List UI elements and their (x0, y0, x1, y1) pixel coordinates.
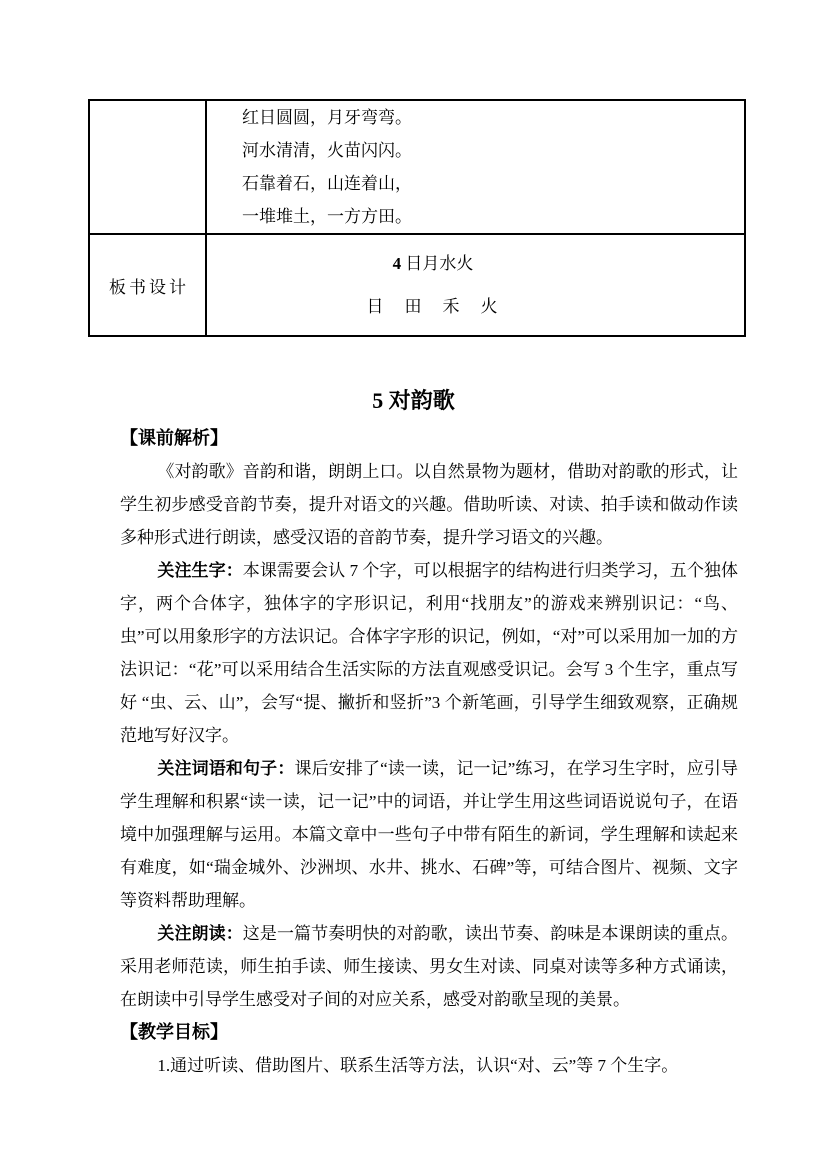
poem-line: 河水清清，火苗闪闪。 (242, 134, 744, 167)
empty-label-cell (89, 100, 206, 234)
paragraph-focus-characters: 关注生字：本课需要会认 7 个字，可以根据字的结构进行归类学习，五个独体字，两个… (120, 554, 738, 752)
paragraph-intro: 《对韵歌》音韵和谐，朗朗上口。以自然景物为题材，借助对韵歌的形式，让学生初步感受… (120, 455, 738, 554)
board-title-line: 4 日月水火 (207, 247, 659, 280)
text-focus-characters: 本课需要会认 7 个字，可以根据字的结构进行归类学习，五个独体字，两个合体字，独… (120, 561, 738, 745)
board-chars-line: 日 田 禾 火 (207, 290, 659, 323)
paragraph-focus-reading: 关注朗读：这是一篇节奏明快的对韵歌，读出节奏、韵味是本课朗读的重点。采用老师范读… (120, 917, 738, 1016)
paragraph-focus-words: 关注词语和句子：课后安排了“读一读，记一记”练习，在学习生字时，应引导学生理解和… (120, 752, 738, 917)
poem-cell: 红日圆圆，月牙弯弯。 河水清清，火苗闪闪。 石靠着石，山连着山， 一堆堆土，一方… (206, 100, 745, 234)
lesson-summary-table: 红日圆圆，月牙弯弯。 河水清清，火苗闪闪。 石靠着石，山连着山， 一堆堆土，一方… (88, 99, 746, 337)
board-title-text: 日月水火 (401, 254, 473, 273)
lesson-body: 【课前解析】 《对韵歌》音韵和谐，朗朗上口。以自然景物为题材，借助对韵歌的形式，… (120, 422, 738, 1082)
lead-focus-words: 关注词语和句子： (157, 759, 294, 778)
table-row: 板书设计 4 日月水火 日 田 禾 火 (89, 234, 745, 336)
lead-focus-reading: 关注朗读： (157, 924, 242, 943)
lesson-title: 5 对韵歌 (0, 384, 827, 417)
section-header-teaching-goals: 【教学目标】 (120, 1016, 738, 1049)
poem-line: 红日圆圆，月牙弯弯。 (242, 101, 744, 134)
table-row: 红日圆圆，月牙弯弯。 河水清清，火苗闪闪。 石靠着石，山连着山， 一堆堆土，一方… (89, 100, 745, 234)
document-page: 红日圆圆，月牙弯弯。 河水清清，火苗闪闪。 石靠着石，山连着山， 一堆堆土，一方… (0, 0, 827, 1170)
board-title-number: 4 (393, 254, 402, 273)
lead-focus-characters: 关注生字： (157, 561, 242, 580)
section-header-pre-analysis: 【课前解析】 (120, 422, 738, 455)
poem-line: 石靠着石，山连着山， (242, 167, 744, 200)
goal-item-1: 1.通过听读、借助图片、联系生活等方法，认识“对、云”等 7 个生字。 (120, 1049, 738, 1082)
poem-line: 一堆堆土，一方方田。 (242, 200, 744, 233)
board-design-cell: 4 日月水火 日 田 禾 火 (206, 234, 745, 336)
board-design-label: 板书设计 (89, 234, 206, 336)
text-focus-words: 课后安排了“读一读，记一记”练习，在学习生字时，应引导学生理解和积累“读一读，记… (120, 759, 738, 910)
